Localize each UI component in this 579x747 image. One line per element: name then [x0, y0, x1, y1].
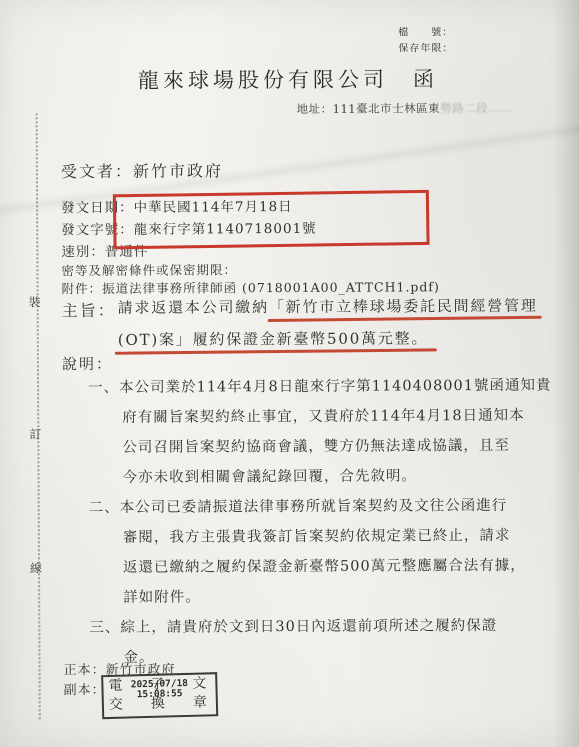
paragraph-line: 返還已繳納之履約保證金新臺幣500萬元整應屬合法有據，: [123, 551, 526, 583]
electronic-exchange-stamp: 電子文 交換章 2025/07/18 15:08:55: [101, 672, 218, 719]
paragraph-line: 公司召開旨案契約協商會議，雙方仍無法達成協議，且至: [122, 431, 552, 463]
sender-address: 地址：111臺北市士林區東勢路二段……: [297, 100, 513, 117]
paragraph-line: 今亦未收到相關會議紀錄回覆，合先敘明。: [122, 461, 552, 493]
paragraph-line: 審閱，我方主張貴我簽訂旨案契約依規定業已終止，請求: [123, 521, 526, 553]
paragraph-line: 府有關旨案契約終止事宜，又貴府於114年4月18日通知本: [122, 401, 552, 433]
subject-line-1: 請求返還本公司繳納「新竹市立棒球場委託民間經營管理: [118, 295, 538, 318]
subject-label: 主旨：: [62, 298, 116, 321]
paragraph-line: 二、本公司已委請振道法律事務所就旨案契約及文往公函進行: [89, 491, 526, 523]
explanation-label: 說明：: [62, 353, 113, 374]
explanation-item-1: 一、本公司業於114年4月8日龍來行字第1140408001號函通知貴 府有關旨…: [88, 371, 552, 493]
ref-number-line: 發文字號：龍來行字第1140718001號: [61, 219, 317, 241]
explanation-item-2: 二、本公司已委請振道法律事務所就旨案契約及文往公函進行 審閱，我方主張貴我簽訂旨…: [89, 491, 526, 613]
page-title: 龍來球場股份有限公司 函: [0, 62, 578, 95]
paragraph-line: 金。: [123, 641, 497, 673]
paragraph-line: 詳如附件。: [123, 581, 526, 613]
subject-line-2: (OT)案」履約保證金新臺幣500萬元整。: [118, 327, 429, 350]
address-visible: 地址：111臺北市士林區東: [297, 101, 441, 116]
binding-mark-ding: 訂: [29, 425, 41, 442]
paragraph-line: 一、本公司業於114年4月8日龍來行字第1140408001號函通知貴: [88, 371, 552, 403]
recipient-line: 受文者：新竹市政府: [61, 158, 223, 182]
letter-content: 裝 訂 線 檔 號： 保存年限： 龍來球場股份有限公司 函 地址：111臺北市士…: [0, 0, 579, 747]
scanned-letter-page: 裝 訂 線 檔 號： 保存年限： 龍來球場股份有限公司 函 地址：111臺北市士…: [0, 0, 579, 747]
binding-mark-zhuang: 裝: [29, 293, 41, 310]
binding-mark-xian: 線: [30, 559, 42, 576]
file-number-block: 檔 號： 保存年限：: [398, 25, 453, 56]
binding-dotted-line: [36, 113, 41, 719]
copy-label: 副本：: [64, 679, 106, 698]
retention-label: 保存年限：: [398, 41, 453, 57]
address-faded: 勢路二段……: [440, 101, 512, 115]
paragraph-line: 三、綜上，請貴府於文到日30日內返還前項所述之履約保證: [89, 611, 497, 643]
issue-date-line: 發文日期：中華民國114年7月18日: [61, 197, 293, 219]
file-no-label: 檔 號：: [398, 25, 453, 41]
